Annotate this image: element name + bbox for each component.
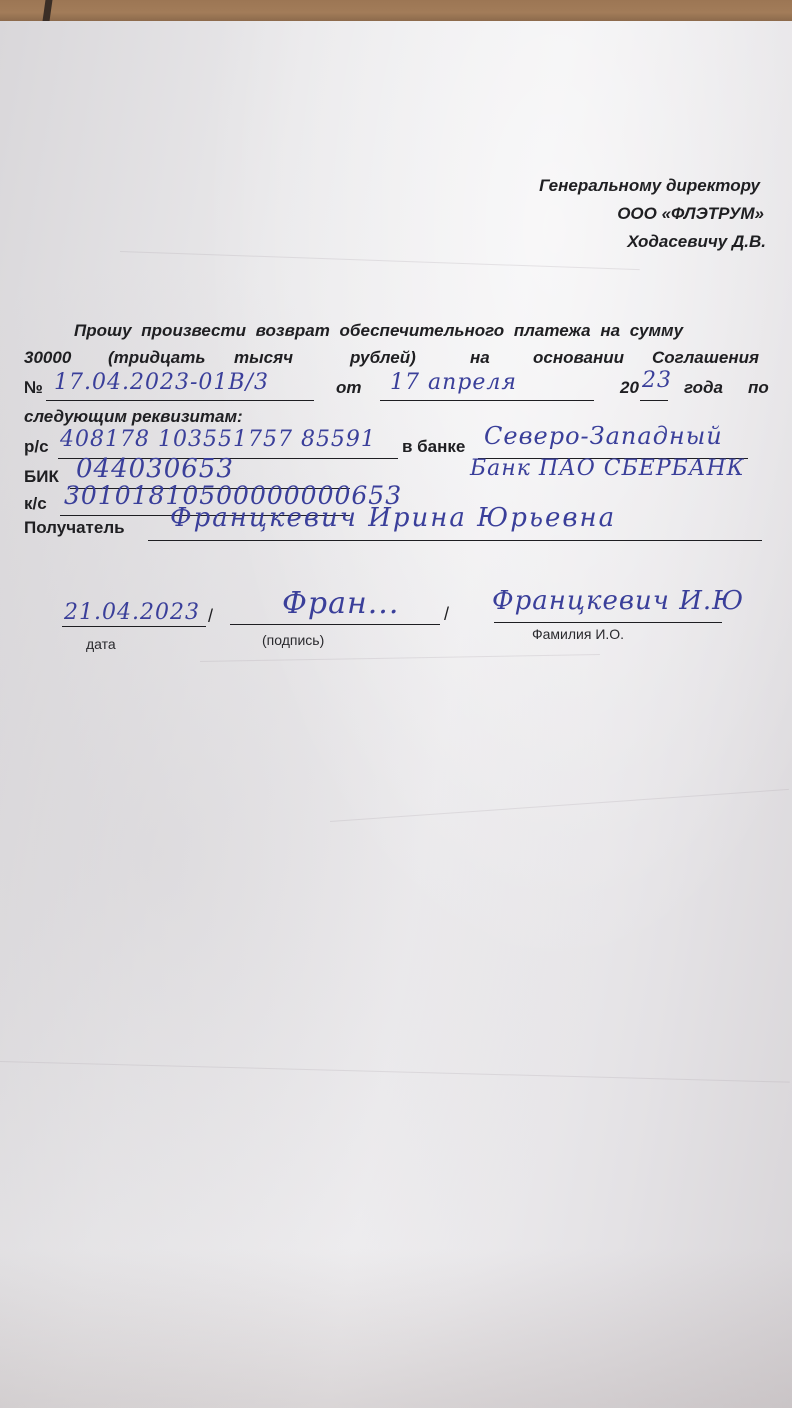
- number-label: №: [24, 378, 43, 398]
- body-word: (тридцать: [108, 348, 205, 368]
- paper-crease: [120, 251, 640, 270]
- body-line-4: следующим реквизитам:: [24, 407, 243, 427]
- fullname-underline: [494, 622, 722, 623]
- year-prefix: 20: [620, 378, 639, 398]
- body-word: Соглашения: [652, 348, 759, 368]
- bank-field-line-2[interactable]: Банк ПАО СБЕРБАНК: [470, 456, 745, 481]
- paper-crease: [0, 1061, 790, 1083]
- recipient-name: Ходасевичу Д.В.: [627, 232, 766, 252]
- agreement-number-field[interactable]: 17.04.2023-01В/3: [54, 370, 269, 395]
- agreement-number-underline: [46, 400, 314, 401]
- corr-account-label: к/с: [24, 494, 47, 514]
- table-surface: [0, 0, 792, 21]
- from-label: от: [336, 378, 362, 398]
- paper-sheet: [0, 21, 792, 1408]
- payee-field[interactable]: Францкевич Ирина Юрьевна: [170, 503, 616, 533]
- date-underline: [62, 626, 206, 627]
- signature-caption: (подпись): [262, 632, 324, 648]
- body-word: основании: [533, 348, 624, 368]
- signature-underline: [230, 624, 440, 625]
- recipient-company: ООО «ФЛЭТРУМ»: [617, 204, 764, 224]
- agreement-date-underline: [380, 400, 594, 401]
- bik-field[interactable]: 044030653: [76, 454, 234, 484]
- fullname-field[interactable]: Францкевич И.Ю: [492, 586, 744, 616]
- bank-label: в банке: [402, 437, 465, 457]
- separator: /: [208, 606, 213, 627]
- fullname-caption: Фамилия И.О.: [532, 626, 624, 642]
- account-field[interactable]: 408178 103551757 85591: [60, 427, 376, 452]
- year-underline: [640, 400, 668, 401]
- payee-label: Получатель: [24, 518, 125, 538]
- paper-crease: [330, 789, 789, 822]
- year-field[interactable]: 23: [642, 368, 672, 393]
- year-label: года: [684, 378, 723, 398]
- signature-field[interactable]: Фран...: [282, 586, 399, 621]
- body-line-1: Прошу произвести возврат обеспечительног…: [74, 321, 683, 341]
- body-word: рублей): [350, 348, 416, 368]
- by-label: по: [748, 378, 769, 398]
- bank-field-line-1[interactable]: Северо-Западный: [484, 422, 723, 450]
- body-word: на: [470, 348, 490, 368]
- account-label: р/с: [24, 437, 49, 457]
- bik-label: БИК: [24, 467, 59, 487]
- amount: 30000: [24, 348, 71, 368]
- date-field[interactable]: 21.04.2023: [64, 600, 200, 625]
- date-caption: дата: [86, 636, 116, 652]
- recipient-title: Генеральному директору: [539, 176, 760, 196]
- body-word: тысяч: [234, 348, 293, 368]
- payee-underline: [148, 540, 762, 541]
- paper-crease: [200, 654, 600, 662]
- paper-shadow: [0, 1248, 792, 1408]
- agreement-date-field[interactable]: 17 апреля: [390, 370, 517, 395]
- separator: /: [444, 604, 449, 625]
